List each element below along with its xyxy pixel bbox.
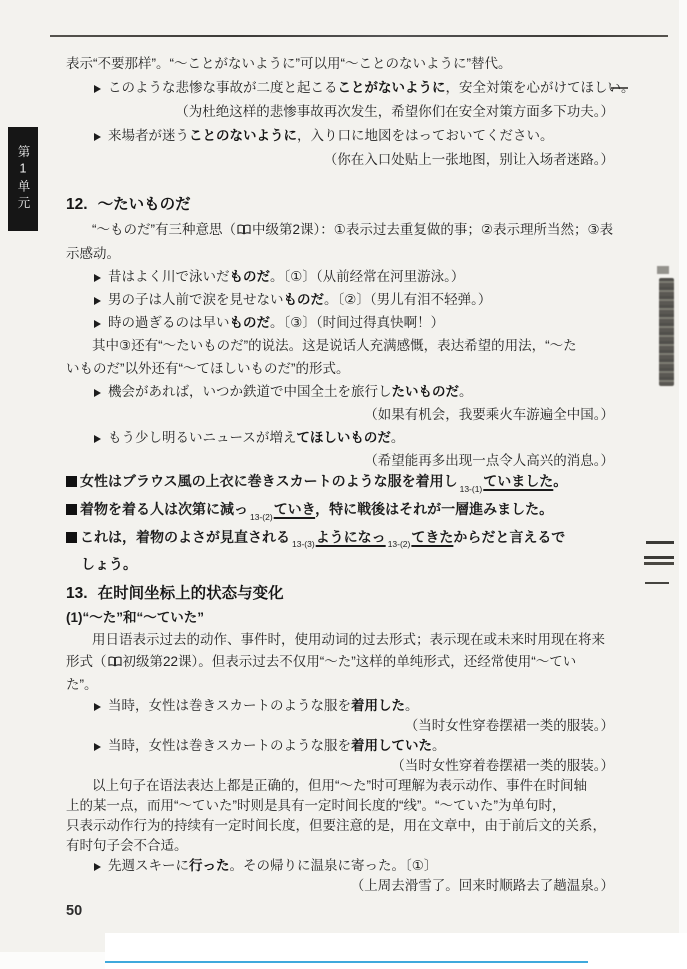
text-segment: 。 (405, 698, 419, 713)
example-text: 時の過ぎるのは早いものだ。〔③〕（时间过得真快啊！） (108, 315, 444, 330)
text-segment: （上周去滑雪了。回来时顺路去了趟温泉。） (351, 878, 614, 893)
scan-dash (644, 562, 674, 565)
paragraph-line: 形式（初级第22课）。但表示过去不仅用“～た”这样的单纯形式，还经常使用“～てい (66, 651, 626, 674)
grammar-ref-subscript: 13-(2) (250, 512, 273, 522)
text-segment: 先週スキーに (108, 858, 189, 873)
example-line: 機会があれば，いつか鉄道で中国全土を旅行したいものだ。 (66, 380, 626, 403)
drill-item-wrap: しょう。 (66, 553, 626, 575)
translation-line: （如果有机会，我要乘火车游遍全中国。） (66, 403, 626, 426)
section-13-intro: (1)“～た”和“～ていた” 用日语表示过去的动作、事件时，使用动词的过去形式；… (66, 607, 626, 696)
example-line: 男の子は人前で涙を見せないものだ。〔②〕（男儿有泪不轻弹。） (66, 288, 626, 311)
example-text: 先週スキーに行った。その帰りに温泉に寄った。〔①〕 (108, 858, 437, 873)
section-11-continued: 表示“不要那样”。“～ことがないように”可以用“～ことのないように”替代。 この… (66, 52, 626, 172)
text-segment: 表示“不要那样”。“～ことがないように”可以用“～ことのないように”替代。 (66, 56, 511, 71)
text-segment: 。 (391, 430, 405, 445)
text-segment: （如果有机会，我要乘火车游遍全中国。） (364, 407, 614, 422)
translation-line: （你在入口处贴上一张地图，别让入场者迷路。） (66, 148, 626, 172)
example-text: 昔はよく川で泳いだものだ。〔①〕（从前经常在河里游泳。） (108, 269, 464, 284)
bullet-icon (94, 133, 101, 141)
scan-dash (646, 541, 674, 544)
text-segment: 以上句子在语法表达上都是正确的，但用“～た”时可理解为表示动作、事件在时间轴 (92, 778, 587, 793)
page-bottom-margin (105, 933, 687, 969)
text-segment: ，安全対策を心がけてほしい。 (446, 80, 635, 95)
text-segment: もう少し明るいニュースが増え (108, 430, 296, 445)
unit-tab-label: 第1单元 (14, 145, 32, 213)
example-text: もう少し明るいニュースが増えてほしいものだ。 (108, 430, 404, 445)
page-bottom-margin (0, 952, 105, 969)
paragraph-line: 有时句子会不合适。 (66, 836, 626, 856)
example-text: 機会があれば，いつか鉄道で中国全土を旅行したいものだ。 (108, 384, 473, 399)
bullet-icon (94, 743, 101, 751)
example-line: このような悲惨な事故が二度と起こることがないように，安全対策を心がけてほしい。 (66, 76, 626, 100)
example-line: 当時，女性は巻きスカートのような服を着用した。 (66, 696, 626, 716)
text-segment: しょう。 (81, 556, 137, 572)
black-square-icon (66, 532, 77, 543)
bullet-icon (94, 703, 101, 711)
paragraph-line: 示感动。 (66, 242, 626, 265)
text-segment: 当時，女性は巻きスカートのような服を (108, 738, 351, 753)
paragraph-line: 上的某一点，而用“～ていた”时则是具有一定时间长度的“线”。“～ていた”为单句时… (66, 796, 626, 816)
translation-line: （当时女性穿着卷摆裙一类的服装。） (66, 756, 626, 776)
text-segment: 示感动。 (66, 246, 120, 261)
example-line: 昔はよく川で泳いだものだ。〔①〕（从前经常在河里游泳。） (66, 265, 626, 288)
text-segment: 。 (432, 738, 446, 753)
paragraph-line: 以上句子在语法表达上都是正确的，但用“～た”时可理解为表示动作、事件在时间轴 (66, 776, 626, 796)
scanned-page: 第1单元 表示“不要那样”。“～ことがないように”可以用“～ことのないように”替… (0, 0, 687, 969)
page-content: 表示“不要那样”。“～ことがないように”可以用“～ことのないように”替代。 この… (66, 52, 626, 896)
text-segment: 只表示动作行为的持续有一定时间长度，但要注意的是，用在文章中，由于前后文的关系， (66, 818, 606, 833)
section-title: 在时间坐标上的状态与变化 (98, 585, 284, 602)
book-icon (108, 652, 122, 674)
translation-line: （上周去滑雪了。回来时顺路去了趟温泉。） (66, 876, 626, 896)
page-top-scan-line (50, 35, 668, 37)
text-segment: 昔はよく川で泳いだ (108, 269, 230, 284)
scan-smudge (657, 266, 669, 274)
lesson-ref-text: 初级第22课 (123, 654, 192, 669)
text-segment: 形式（ (66, 654, 107, 669)
bold-segment: たいものだ (392, 384, 460, 399)
lesson-ref-text: 中级第2课 (252, 222, 314, 237)
paragraph-line: た”。 (66, 674, 626, 696)
black-square-icon (66, 504, 77, 515)
paragraph-line: 表示“不要那样”。“～ことがないように”可以用“～ことのないように”替代。 (66, 52, 626, 76)
text-segment: 用日语表示过去的动作、事件时，使用动词的过去形式；表示现在或未来时用现在将来 (92, 632, 605, 647)
text-segment: ，入り口に地図をはっておいてください。 (297, 128, 554, 143)
unit-tab: 第1单元 (8, 127, 38, 231)
paragraph-line: “～ものだ”有三种意思（中级第2课）：①表示过去重复做的事；②表示理所当然；③表 (66, 218, 626, 242)
text-segment: 。〔①〕（从前经常在河里游泳。） (270, 269, 464, 284)
text-segment: いものだ”以外还有“～てほしいものだ”的形式。 (66, 361, 350, 376)
scan-dash (644, 556, 674, 559)
text-segment: 上的某一点，而用“～ていた”时则是具有一定时间长度的“线”。“～ていた”为单句时… (66, 798, 565, 813)
translation-line: （希望能再多出现一点令人高兴的消息。） (66, 449, 626, 472)
bold-segment: ものだ (230, 269, 271, 284)
translation-line: （为杜绝这样的悲惨事故再次发生，希望你们在安全对策方面多下功夫。） (66, 100, 626, 124)
underlined-answer: ていき (274, 501, 315, 517)
bold-segment: 着用していた (351, 738, 432, 753)
bullet-icon (94, 274, 101, 282)
text-segment: た”。 (66, 677, 98, 692)
bold-segment: 着用した (351, 698, 405, 713)
black-square-icon (66, 476, 77, 487)
bullet-icon (94, 297, 101, 305)
section-title: ～たいものだ (98, 196, 191, 213)
bullet-icon (94, 320, 101, 328)
text-segment: 当時，女性は巻きスカートのような服を (108, 698, 351, 713)
bullet-icon (94, 85, 101, 93)
text-segment: （当时女性穿卷摆裙一类的服装。） (405, 718, 614, 733)
text-segment: 。 (553, 473, 567, 489)
bullet-icon (94, 863, 101, 871)
bold-segment: ものだ (230, 315, 271, 330)
drill-item: 女性はブラウス風の上衣に巻きスカートのような服を着用し13-(1)ていました。 (66, 470, 626, 498)
text-segment: このような悲惨な事故が二度と起こる (108, 80, 338, 95)
grammar-ref-subscript: 13-(2) (388, 539, 411, 549)
subsection-heading: (1)“～た”和“～ていた” (66, 607, 626, 629)
text-segment: （为杜绝这样的悲惨事故再次发生，希望你们在安全对策方面多下功夫。） (175, 104, 614, 119)
paragraph-line: 其中③还有“～たいものだ”的说法。这是说话人充满感慨，表达希望的用法，“～た (66, 334, 626, 357)
paragraph-line: いものだ”以外还有“～てほしいものだ”的形式。 (66, 357, 626, 380)
bullet-icon (94, 389, 101, 397)
example-text: 男の子は人前で涙を見せないものだ。〔②〕（男儿有泪不轻弹。） (108, 292, 491, 307)
text-segment: 其中③还有“～たいものだ”的说法。这是说话人充满感慨，表达希望的用法，“～た (92, 338, 577, 353)
paragraph-line: 用日语表示过去的动作、事件时，使用动词的过去形式；表示现在或未来时用现在将来 (66, 629, 626, 651)
text-segment: “～ものだ”有三种意思（ (92, 222, 236, 237)
scan-smudge (659, 278, 674, 386)
page-right-margin (679, 0, 687, 969)
text-segment: 来場者が迷う (108, 128, 189, 143)
underlined-answer: ていました (483, 473, 553, 489)
text-segment: 着物を着る人は次第に減っ (80, 501, 248, 517)
text-segment: 。〔③〕（时间过得真快啊！） (270, 315, 444, 330)
text-segment: ）：①表示过去重复做的事；②表示理所当然；③表 (314, 222, 614, 237)
section-heading: 12.～たいものだ (66, 192, 626, 218)
underlined-answer: てきた (411, 529, 453, 545)
example-line: 先週スキーに行った。その帰りに温泉に寄った。〔①〕 (66, 856, 626, 876)
section-13-examples: 当時，女性は巻きスカートのような服を着用した。 （当时女性穿卷摆裙一类的服装。）… (66, 696, 626, 896)
example-text: 当時，女性は巻きスカートのような服を着用した。 (108, 698, 419, 713)
underlined-answer: ようになっ (316, 529, 386, 545)
page-number: 50 (66, 903, 82, 919)
text-segment: 女性はブラウス風の上衣に巻きスカートのような服を着用し (80, 473, 458, 489)
bold-segment: ものだ (284, 292, 325, 307)
grammar-ref-subscript: 13-(3) (292, 539, 315, 549)
example-line: もう少し明るいニュースが増えてほしいものだ。 (66, 426, 626, 449)
example-line: 来場者が迷うことのないように，入り口に地図をはっておいてください。 (66, 124, 626, 148)
next-page-blue-line (105, 961, 588, 963)
example-line: 時の過ぎるのは早いものだ。〔③〕（时间过得真快啊！） (66, 311, 626, 334)
section-number: 13. (66, 585, 88, 602)
bold-segment: ことのないように (189, 128, 297, 143)
text-segment: 有时句子会不合适。 (66, 838, 188, 853)
drill-block: 女性はブラウス風の上衣に巻きスカートのような服を着用し13-(1)ていました。 … (66, 470, 626, 575)
example-text: このような悲惨な事故が二度と起こることがないように，安全対策を心がけてほしい。 (108, 80, 635, 95)
drill-item: これは，着物のよさが見直される13-(3)ようになっ13-(2)てきたからだと言… (66, 526, 626, 554)
bullet-icon (94, 435, 101, 443)
text-segment: 時の過ぎるのは早い (108, 315, 230, 330)
example-text: 当時，女性は巻きスカートのような服を着用していた。 (108, 738, 446, 753)
drill-item: 着物を着る人は次第に減っ13-(2)ていき，特に戦後はそれが一層進みました。 (66, 498, 626, 526)
text-segment: 。その帰りに温泉に寄った。〔①〕 (230, 858, 438, 873)
text-segment: 男の子は人前で涙を見せない (108, 292, 284, 307)
text-segment: 。 (459, 384, 473, 399)
translation-line: （当时女性穿卷摆裙一类的服装。） (66, 716, 626, 736)
text-segment: からだと言えるで (453, 529, 565, 545)
text-segment: これは，着物のよさが見直される (80, 529, 290, 545)
bold-segment: ことがないように (338, 80, 446, 95)
paragraph-line: 只表示动作行为的持续有一定时间长度，但要注意的是，用在文章中，由于前后文的关系， (66, 816, 626, 836)
text-segment: （希望能再多出现一点令人高兴的消息。） (364, 453, 614, 468)
text-segment: 。〔②〕（男儿有泪不轻弹。） (324, 292, 491, 307)
text-segment: ）。但表示过去不仅用“～た”这样的单纯形式，还经常使用“～てい (192, 654, 577, 669)
example-line: 当時，女性は巻きスカートのような服を着用していた。 (66, 736, 626, 756)
example-text: 来場者が迷うことのないように，入り口に地図をはっておいてください。 (108, 128, 554, 143)
book-icon (237, 219, 251, 242)
text-segment: (1)“～た”和“～ていた” (66, 610, 204, 625)
scan-dash (645, 582, 669, 584)
grammar-ref-subscript: 13-(1) (460, 484, 483, 494)
section-number: 12. (66, 196, 88, 213)
section-heading: 13.在时间坐标上的状态与变化 (66, 581, 626, 607)
bold-segment: 行った (189, 858, 230, 873)
text-segment: （当时女性穿着卷摆裙一类的服装。） (391, 758, 614, 773)
text-segment: ，特に戦後はそれが一層進みました。 (315, 501, 553, 517)
text-segment: （你在入口处贴上一张地图，别让入场者迷路。） (324, 152, 614, 167)
text-segment: 機会があれば，いつか鉄道で中国全土を旅行し (108, 384, 392, 399)
section-12: “～ものだ”有三种意思（中级第2课）：①表示过去重复做的事；②表示理所当然；③表… (66, 218, 626, 472)
bold-segment: てほしいものだ (296, 430, 391, 445)
